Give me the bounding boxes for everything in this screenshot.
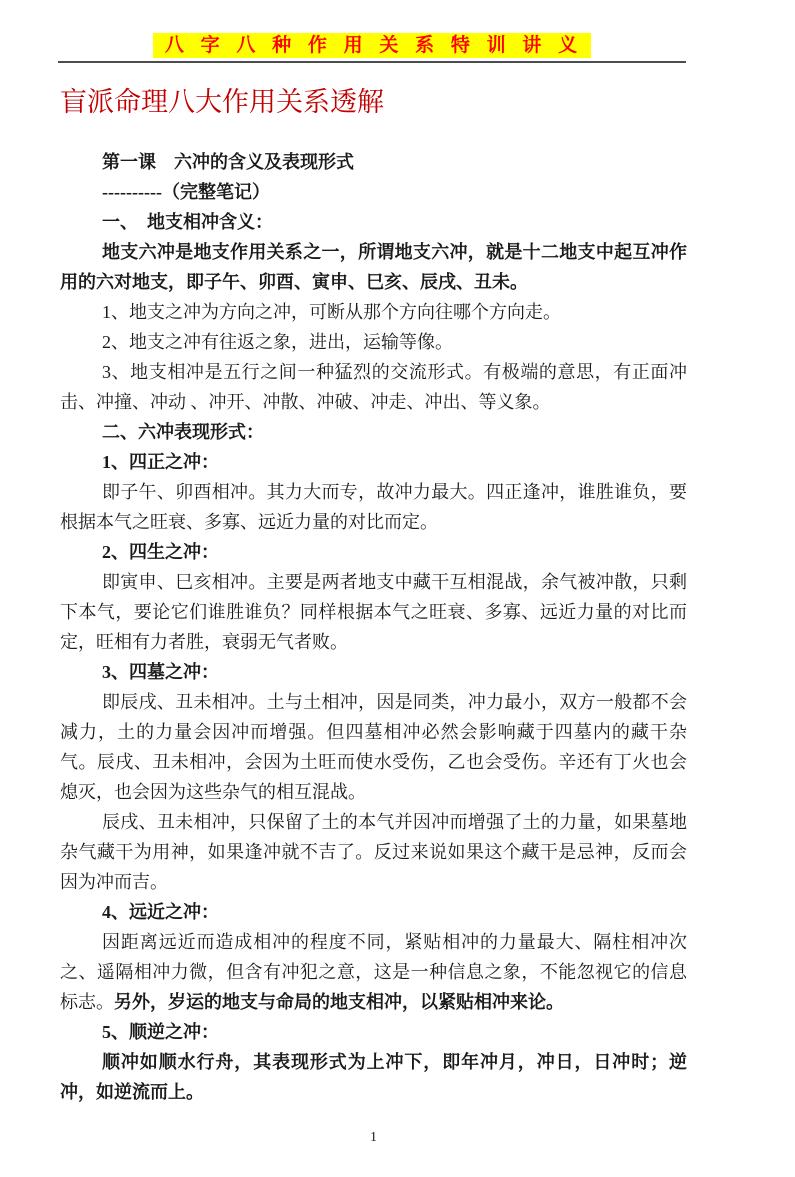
paragraph: 即子午、卯酉相冲。其力大而专，故冲力最大。四正逢冲，谁胜谁负，要根据本气之旺衰、… (60, 477, 687, 537)
subtitle-note: ----------（完整笔记） (60, 177, 687, 207)
paragraph-bold-part: 另外，岁运的地支与命局的地支相冲，以紧贴相冲来论。 (114, 992, 564, 1012)
header-banner: 八 字 八 种 作 用 关 系 特 训 讲 义 (153, 33, 591, 58)
document-page: 八 字 八 种 作 用 关 系 特 训 讲 义 盲派命理八大作用关系透解 第一课… (0, 0, 795, 1177)
paragraph: 辰戌、丑未相冲，只保留了土的本气并因冲而增强了土的力量，如果墓地杂气藏干为用神，… (60, 807, 687, 897)
page-number: 1 (60, 1130, 687, 1146)
paragraph: 顺冲如顺水行舟，其表现形式为上冲下，即年冲月，冲日，日冲时；逆冲，如逆流而上。 (60, 1047, 687, 1107)
subsection-2-heading: 2、四生之冲： (60, 537, 687, 567)
list-item-1: 1、地支之冲为方向之冲，可断从那个方向往哪个方向走。 (60, 297, 687, 327)
page-header: 八 字 八 种 作 用 关 系 特 训 讲 义 (58, 0, 686, 63)
paragraph: 即寅申、巳亥相冲。主要是两者地支中藏干互相混战，余气被冲散，只剩下本气，要论它们… (60, 567, 687, 657)
document-title: 盲派命理八大作用关系透解 (60, 85, 687, 119)
document-body: 第一课 六冲的含义及表现形式 ----------（完整笔记） 一、 地支相冲含… (60, 147, 687, 1107)
list-item-2: 2、地支之冲有往返之象，进出，运输等像。 (60, 327, 687, 357)
lesson-heading: 第一课 六冲的含义及表现形式 (60, 147, 687, 177)
paragraph: 地支六冲是地支作用关系之一，所谓地支六冲，就是十二地支中起互冲作用的六对地支，即… (60, 237, 687, 297)
subsection-3-heading: 3、四墓之冲： (60, 657, 687, 687)
section-1-heading: 一、 地支相冲含义： (60, 207, 687, 237)
paragraph: 即辰戌、丑未相冲。土与土相冲，因是同类，冲力最小，双方一般都不会减力，土的力量会… (60, 687, 687, 807)
subsection-4-heading: 4、远近之冲： (60, 897, 687, 927)
paragraph-mixed: 因距离远近而造成相冲的程度不同，紧贴相冲的力量最大、隔柱相冲次之、遥隔相冲力微，… (60, 927, 687, 1017)
subsection-5-heading: 5、顺逆之冲： (60, 1017, 687, 1047)
subsection-1-heading: 1、四正之冲： (60, 447, 687, 477)
section-2-heading: 二、六冲表现形式： (60, 417, 687, 447)
list-item-3: 3、地支相冲是五行之间一种猛烈的交流形式。有极端的意思，有正面冲击、冲撞、冲动 … (60, 357, 687, 417)
